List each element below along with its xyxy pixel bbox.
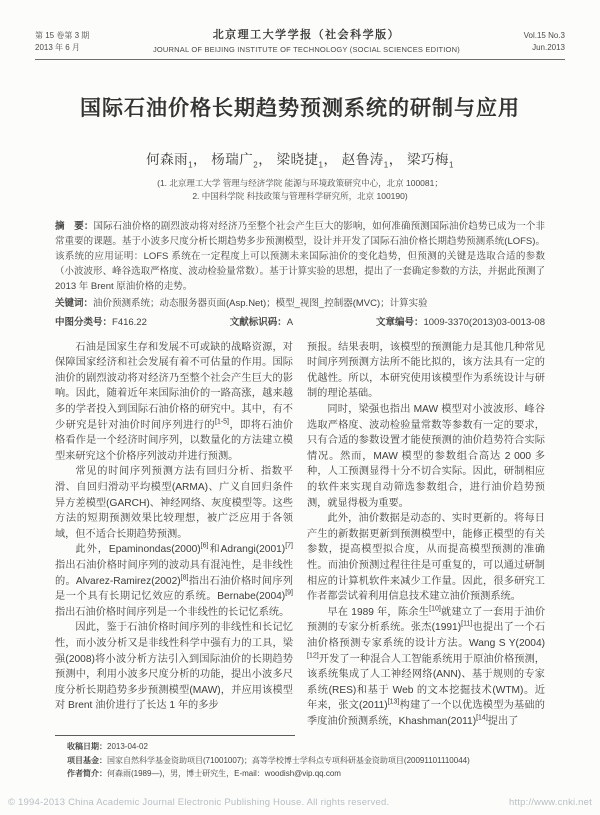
footnote-section: 收稿日期：2013-04-02 项目基金：国家自然科学基金资助项目(710010… xyxy=(55,735,547,781)
doc-code-value: A xyxy=(287,317,293,328)
author-list: 何森雨1， 杨瑞广2， 梁晓捷1， 赵鲁涛1， 梁巧梅1 xyxy=(0,148,600,170)
footnote-label: 收稿日期： xyxy=(67,742,107,751)
body-paragraph: 同时，梁强也指出 MAW 模型对小波波形、峰谷选取严格度、波动检验量常数等参数有… xyxy=(307,402,545,511)
body-paragraph: 此外，Epaminondas(2000)[6]和Adrangi(2001)[7]… xyxy=(55,542,293,620)
journal-name-block: 北京理工大学学报（社会科学版） JOURNAL OF BEIJING INSTI… xyxy=(89,26,523,54)
journal-name-en: JOURNAL OF BEIJING INSTITUTE OF TECHNOLO… xyxy=(97,45,515,54)
issue-info: 第 15 卷第 3 期 2013 年 6 月 xyxy=(35,30,89,54)
author-name: 何森雨1， xyxy=(146,152,207,167)
right-column: 预报。结果表明，该模型的预测能力是其他几种常见时间序列预测方法所不能比拟的，该方… xyxy=(307,340,545,742)
left-column: 石油是国家生存和发展不可或缺的战略资源，对保障国家经济和社会发展有着不可估量的作… xyxy=(55,340,293,742)
affiliation-line: 2. 中国科学院 科技政策与管理科学研究所，北京 100190) xyxy=(0,190,600,203)
article-no-value: 1009-3370(2013)03-0013-08 xyxy=(423,317,545,328)
footnote-received: 收稿日期：2013-04-02 xyxy=(55,740,547,754)
footnote-text: 何森雨(1989—)，男，博士研究生，E-mail：woodish@vip.qq… xyxy=(107,769,341,778)
footnote-label: 作者简介： xyxy=(67,769,107,778)
author-name: 赵鲁涛1， xyxy=(342,152,403,167)
doc-code-field: 文献标识码：A xyxy=(230,314,293,328)
author-affiliation: (1. 北京理工大学 管理与经济学院 能源与环境政策研究中心，北京 100081… xyxy=(0,177,600,203)
footnote-divider xyxy=(55,735,295,736)
volume-number: Vol.15 No.3 xyxy=(524,30,565,42)
article-title: 国际石油价格长期趋势预测系统的研制与应用 xyxy=(0,92,600,122)
journal-name-cn: 北京理工大学学报（社会科学版） xyxy=(97,26,515,42)
body-columns: 石油是国家生存和发展不可或缺的战略资源，对保障国家经济和社会发展有着不可估量的作… xyxy=(55,340,545,742)
clc-value: F416.22 xyxy=(112,317,147,328)
issue-date: 2013 年 6 月 xyxy=(35,42,89,54)
volume-info: Vol.15 No.3 Jun.2013 xyxy=(524,30,565,54)
footnote-text: 2013-04-02 xyxy=(107,742,148,751)
keywords-text: 油价预测系统；动态服务器页面(Asp.Net)；模型_视图_控制器(MVC)；计… xyxy=(93,298,428,309)
classification-row: 中图分类号：F416.22 文献标识码：A 文章编号：1009-3370(201… xyxy=(55,314,545,328)
clc-field: 中图分类号：F416.22 xyxy=(55,314,147,328)
author-name: 杨瑞广2， xyxy=(211,152,272,167)
copyright-text: © 1994-2013 China Academic Journal Elect… xyxy=(8,797,389,808)
author-affil-sup: 1 xyxy=(449,161,454,170)
abstract-section: 摘 要：国际石油价格的剧烈波动将对经济乃至整个社会产生巨大的影响，如何准确预测国… xyxy=(55,219,545,294)
keywords-label: 关键词： xyxy=(55,298,93,309)
body-paragraph: 此外，油价数据是动态的、实时更新的。将每日产生的新数据更新到预测模型中，能修正模… xyxy=(307,511,545,605)
body-paragraph: 石油是国家生存和发展不可或缺的战略资源，对保障国家经济和社会发展有着不可估量的作… xyxy=(55,340,293,465)
abstract-text: 国际石油价格的剧烈波动将对经济乃至整个社会产生巨大的影响，如何准确预测国际油价趋… xyxy=(55,221,545,292)
footnote-text: 国家自然科学基金资助项目(71001007)；高等学校博士学科点专项科研基金资助… xyxy=(107,756,470,765)
copyright-footer: © 1994-2013 China Academic Journal Elect… xyxy=(8,797,592,808)
body-paragraph: 常见的时间序列预测方法有回归分析、指数平滑、自回归滑动平均模型(ARMA)、广义… xyxy=(55,464,293,542)
author-name: 梁巧梅1 xyxy=(407,152,454,167)
body-paragraph: 早在 1989 年，陈余生[10]就建立了一套用于油价预测的专家分析系统。张杰(… xyxy=(307,605,545,730)
affiliation-line: (1. 北京理工大学 管理与经济学院 能源与环境政策研究中心，北京 100081… xyxy=(0,177,600,190)
footnote-label: 项目基金： xyxy=(67,756,107,765)
issue-volume: 第 15 卷第 3 期 xyxy=(35,30,89,42)
abstract-label: 摘 要： xyxy=(55,221,93,232)
clc-label: 中图分类号： xyxy=(55,317,112,328)
doc-code-label: 文献标识码： xyxy=(230,317,287,328)
journal-header: 第 15 卷第 3 期 2013 年 6 月 北京理工大学学报（社会科学版） J… xyxy=(35,26,565,60)
author-name: 梁晓捷1， xyxy=(277,152,338,167)
volume-date: Jun.2013 xyxy=(524,42,565,54)
footnote-funding: 项目基金：国家自然科学基金资助项目(71001007)；高等学校博士学科点专项科… xyxy=(55,754,547,768)
cnki-url: http://www.cnki.net xyxy=(509,797,592,808)
body-paragraph: 因此，鉴于石油价格时间序列的非线性和长记忆性，而小波分析又是非线性科学中强有力的… xyxy=(55,620,293,714)
paper-page: 第 15 卷第 3 期 2013 年 6 月 北京理工大学学报（社会科学版） J… xyxy=(0,0,600,815)
footnote-author-bio: 作者简介：何森雨(1989—)，男，博士研究生，E-mail：woodish@v… xyxy=(55,767,547,781)
keywords-section: 关键词：油价预测系统；动态服务器页面(Asp.Net)；模型_视图_控制器(MV… xyxy=(55,296,545,311)
article-no-label: 文章编号： xyxy=(376,317,424,328)
article-no-field: 文章编号：1009-3370(2013)03-0013-08 xyxy=(376,314,545,328)
body-paragraph: 预报。结果表明，该模型的预测能力是其他几种常见时间序列预测方法所不能比拟的，该方… xyxy=(307,340,545,402)
